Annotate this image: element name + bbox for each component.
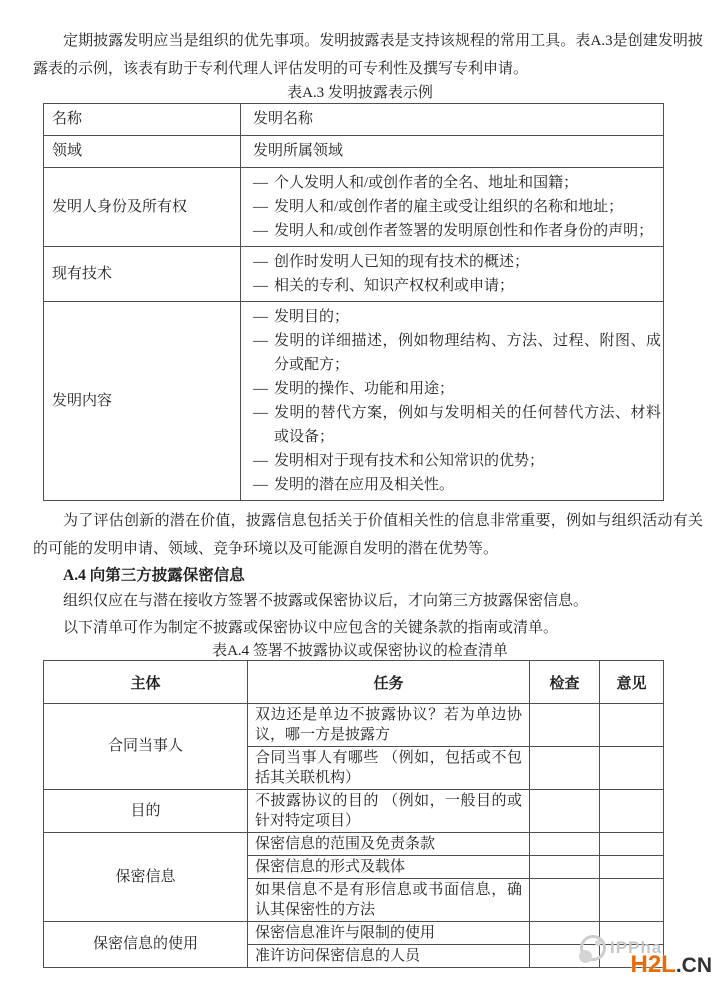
- table-row: 领域 发明所属领域: [44, 136, 664, 168]
- task-cell: 双边还是单边不披露协议？若为单边协议，哪一方是披露方: [248, 704, 530, 747]
- check-cell: [530, 704, 600, 747]
- comment-cell: [600, 790, 664, 833]
- row-value: 发明所属领域: [241, 136, 664, 168]
- subject-cell: 保密信息的使用: [44, 922, 248, 968]
- bullet-dash: —: [241, 305, 274, 329]
- row-label: 现有技术: [44, 247, 241, 302]
- row-label: 发明人身份及所有权: [44, 168, 241, 247]
- task-cell: 准许访问保密信息的人员: [248, 945, 530, 968]
- row-value: 发明名称: [241, 104, 664, 136]
- document-page: 定期披露发明应当是组织的优先事项。发明披露表是支持该规程的常用工具。表A.3是创…: [0, 0, 720, 989]
- row-label: 名称: [44, 104, 241, 136]
- task-cell: 合同当事人有哪些 （例如，包括或不包括其关联机构）: [248, 747, 530, 790]
- table-row: 名称 发明名称: [44, 104, 664, 136]
- subject-cell: 合同当事人: [44, 704, 248, 790]
- table-a4: 主体 任务 检查 意见 合同当事人 双边还是单边不披露协议？若为单边协议，哪一方…: [43, 660, 664, 968]
- row-bullets: —个人发明人和/或创作者的全名、地址和国籍； —发明人和/或创作者的雇主或受让组…: [241, 168, 664, 247]
- table-row: 发明人身份及所有权 —个人发明人和/或创作者的全名、地址和国籍； —发明人和/或…: [44, 168, 664, 247]
- check-cell: [530, 747, 600, 790]
- task-cell: 不披露协议的目的 （例如，一般目的或针对特定项目）: [248, 790, 530, 833]
- table-row: 发明内容 —发明目的； —发明的详细描述，例如物理结构、方法、过程、附图、成分或…: [44, 302, 664, 501]
- bullet-dash: —: [241, 401, 274, 449]
- task-cell: 保密信息准许与限制的使用: [248, 922, 530, 945]
- table-a4-caption: 表A.4 签署不披露协议或保密协议的检查清单: [0, 642, 720, 660]
- table-row: 目的 不披露协议的目的 （例如，一般目的或针对特定项目）: [44, 790, 664, 833]
- bullet-dash: —: [241, 473, 274, 497]
- faded-logo-icon: [580, 935, 606, 961]
- bullet-dash: —: [241, 329, 274, 377]
- bullet-item: —发明的详细描述，例如物理结构、方法、过程、附图、成分或配方；: [241, 329, 663, 377]
- bullet-item: —创作时发明人已知的现有技术的概述；: [241, 250, 663, 274]
- comment-cell: [600, 856, 664, 879]
- bullet-dash: —: [241, 171, 274, 195]
- header-task: 任务: [248, 661, 530, 704]
- section-a4-heading: A.4 向第三方披露保密信息: [63, 563, 720, 588]
- task-cell: 保密信息的范围及免责条款: [248, 833, 530, 856]
- intro-paragraph: 定期披露发明应当是组织的优先事项。发明披露表是支持该规程的常用工具。表A.3是创…: [33, 27, 703, 83]
- check-cell: [530, 790, 600, 833]
- comment-cell: [600, 833, 664, 856]
- task-cell: 保密信息的形式及载体: [248, 856, 530, 879]
- task-cell: 如果信息不是有形信息或书面信息，确认其保密性的方法: [248, 879, 530, 922]
- bullet-item: —发明人和/或创作者的雇主或受让组织的名称和地址；: [241, 195, 663, 219]
- subject-cell: 保密信息: [44, 833, 248, 922]
- header-comment: 意见: [600, 661, 664, 704]
- bullet-item: —发明的替代方案，例如与发明相关的任何替代方法、材料或设备；: [241, 401, 663, 449]
- a4-paragraph-2: 以下清单可作为制定不披露或保密协议中应包含的关键条款的指南或清单。: [33, 615, 703, 642]
- table-row: 现有技术 —创作时发明人已知的现有技术的概述； —相关的专利、知识产权权利或申请…: [44, 247, 664, 302]
- table-a3: 名称 发明名称 领域 发明所属领域 发明人身份及所有权 —个人发明人和/或创作者…: [43, 103, 664, 501]
- comment-cell: [600, 879, 664, 922]
- table-header-row: 主体 任务 检查 意见: [44, 661, 664, 704]
- table-row: 合同当事人 双边还是单边不披露协议？若为单边协议，哪一方是披露方: [44, 704, 664, 747]
- a4-paragraph-1: 组织仅应在与潜在接收方签署不披露或保密协议后，才向第三方披露保密信息。: [33, 588, 703, 615]
- bullet-dash: —: [241, 195, 274, 219]
- bullet-dash: —: [241, 449, 274, 473]
- bullet-dash: —: [241, 219, 274, 243]
- header-check: 检查: [530, 661, 600, 704]
- bullet-dash: —: [241, 377, 274, 401]
- comment-cell: [600, 747, 664, 790]
- header-subject: 主体: [44, 661, 248, 704]
- table-a3-caption: 表A.3 发明披露表示例: [0, 83, 720, 103]
- bullet-item: —个人发明人和/或创作者的全名、地址和国籍；: [241, 171, 663, 195]
- bullet-item: —发明目的；: [241, 305, 663, 329]
- bullet-item: —相关的专利、知识产权权利或申请；: [241, 274, 663, 298]
- row-label: 领域: [44, 136, 241, 168]
- row-bullets: —发明目的； —发明的详细描述，例如物理结构、方法、过程、附图、成分或配方； —…: [241, 302, 664, 501]
- bullet-item: —发明人和/或创作者签署的发明原创性和作者身份的声明；: [241, 219, 663, 243]
- bullet-dash: —: [241, 274, 274, 298]
- row-label: 发明内容: [44, 302, 241, 501]
- bullet-dash: —: [241, 250, 274, 274]
- watermark-brand-text: H2L: [630, 951, 675, 978]
- bullet-item: —发明的操作、功能和用途；: [241, 377, 663, 401]
- value-paragraph: 为了评估创新的潜在价值，披露信息包括关于价值相关性的信息非常重要，例如与组织活动…: [33, 507, 703, 563]
- watermark: IPPha H2L.CN: [580, 933, 712, 979]
- bullet-item: —发明的潜在应用及相关性。: [241, 473, 663, 497]
- check-cell: [530, 833, 600, 856]
- table-row: 保密信息 保密信息的范围及免责条款: [44, 833, 664, 856]
- check-cell: [530, 856, 600, 879]
- watermark-suffix: .CN: [676, 954, 712, 977]
- comment-cell: [600, 704, 664, 747]
- row-bullets: —创作时发明人已知的现有技术的概述； —相关的专利、知识产权权利或申请；: [241, 247, 664, 302]
- bullet-item: —发明相对于现有技术和公知常识的优势；: [241, 449, 663, 473]
- subject-cell: 目的: [44, 790, 248, 833]
- watermark-brand: H2L.CN: [630, 952, 712, 979]
- check-cell: [530, 879, 600, 922]
- table-row: 保密信息的使用 保密信息准许与限制的使用: [44, 922, 664, 945]
